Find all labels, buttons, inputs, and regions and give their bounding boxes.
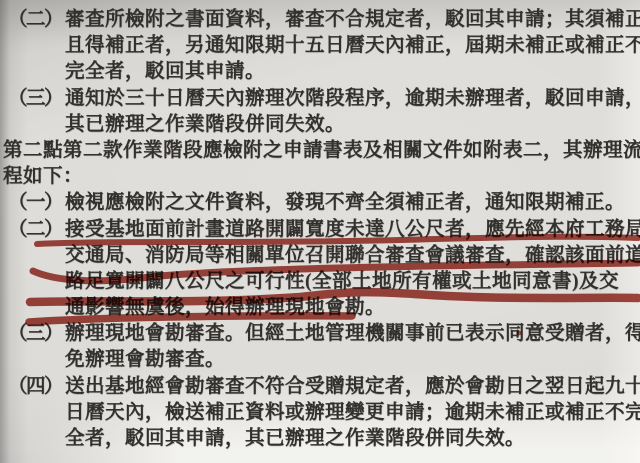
- document-photo: （二）審查所檢附之書面資料，審查不合規定者，駁回其申請；其須補正 且得補正者，另…: [0, 0, 640, 463]
- document-line: （二）審查所檢附之書面資料，審查不合規定者，駁回其申請；其須補正: [8, 7, 640, 33]
- item-marker: （二）: [8, 7, 65, 33]
- document-line: 且得補正者，另通知限期十五日曆天內補正，屆期未補正或補正不: [8, 33, 640, 59]
- document-line: 日曆天內，檢送補正資料或辦理變更申請；逾期未補正或補正不完: [8, 400, 640, 426]
- document-line: 交通局、消防局等相關單位召開聯合審查會議審查，確認該面前道: [8, 243, 640, 269]
- document-line: （四）送出基地經會勘審查不符合受贈規定者，應於會勘日之翌日起九十: [8, 374, 640, 400]
- document-line: （三）辦理現地會勘審查。但經土地管理機關事前已表示同意受贈者，得: [8, 321, 640, 347]
- item-marker: （三）: [8, 321, 65, 347]
- document-line: 完全者，駁回其申請。: [8, 59, 640, 85]
- item-marker: （二）: [8, 217, 65, 243]
- line-text: 檢視應檢附之文件資料，發現不齊全須補正者，通知限期補正。: [65, 192, 625, 213]
- line-text: 通影響無虞後，始得辦理現地會勘。: [65, 297, 385, 318]
- line-text: 完全者，駁回其申請。: [65, 61, 265, 82]
- document-line: （二）接受基地面前計畫道路開闢寬度未達八公尺者，應先經本府工務局、: [8, 217, 640, 243]
- line-text: 交通局、消防局等相關單位召開聯合審查會議審查，確認該面前道: [65, 245, 640, 266]
- line-text: 程如下：: [3, 166, 83, 187]
- line-text: 通知於三十日曆天內辦理次階段程序，逾期未辦理者，駁回申請，: [65, 88, 640, 109]
- document-line: 免辦理會勘審查。: [8, 347, 640, 373]
- item-marker: （一）: [8, 190, 65, 216]
- document-text: （二）審查所檢附之書面資料，審查不合規定者，駁回其申請；其須補正 且得補正者，另…: [8, 7, 640, 452]
- line-text: 全者，駁回其申請，其已辦理之作業階段併同失效。: [65, 428, 525, 449]
- item-marker: （四）: [8, 374, 65, 400]
- document-line: 全者，駁回其申請，其已辦理之作業階段併同失效。: [8, 426, 640, 452]
- line-text: 路足寬開闢八公尺之可行性(全部土地所有權或土地同意書)及交: [65, 271, 619, 292]
- document-line: 路足寬開闢八公尺之可行性(全部土地所有權或土地同意書)及交: [8, 269, 640, 295]
- line-text: 且得補正者，另通知限期十五日曆天內補正，屆期未補正或補正不: [65, 35, 640, 56]
- document-line: 通影響無虞後，始得辦理現地會勘。: [8, 295, 640, 321]
- line-text: 送出基地經會勘審查不符合受贈規定者，應於會勘日之翌日起九十: [65, 376, 640, 397]
- document-line: （一）檢視應檢附之文件資料，發現不齊全須補正者，通知限期補正。: [8, 190, 640, 216]
- line-text: 日曆天內，檢送補正資料或辦理變更申請；逾期未補正或補正不完: [65, 402, 640, 423]
- line-text: 審查所檢附之書面資料，審查不合規定者，駁回其申請；其須補正: [65, 9, 640, 30]
- document-line: （三）通知於三十日曆天內辦理次階段程序，逾期未辦理者，駁回申請，: [8, 86, 640, 112]
- document-line: 程如下：: [3, 164, 640, 190]
- line-text: 辦理現地會勘審查。但經土地管理機關事前已表示同意受贈者，得: [65, 323, 640, 344]
- line-text: 免辦理會勘審查。: [65, 349, 225, 370]
- document-line: 其已辦理之作業階段併同失效。: [8, 112, 640, 138]
- line-text: 接受基地面前計畫道路開闢寬度未達八公尺者，應先經本府工務局、: [65, 219, 640, 240]
- line-text: 第二點第二款作業階段應檢附之申請書表及相關文件如附表二，其辦理流: [3, 140, 640, 161]
- line-text: 其已辦理之作業階段併同失效。: [65, 114, 345, 135]
- item-marker: （三）: [8, 86, 65, 112]
- document-line: 第二點第二款作業階段應檢附之申請書表及相關文件如附表二，其辦理流: [3, 138, 640, 164]
